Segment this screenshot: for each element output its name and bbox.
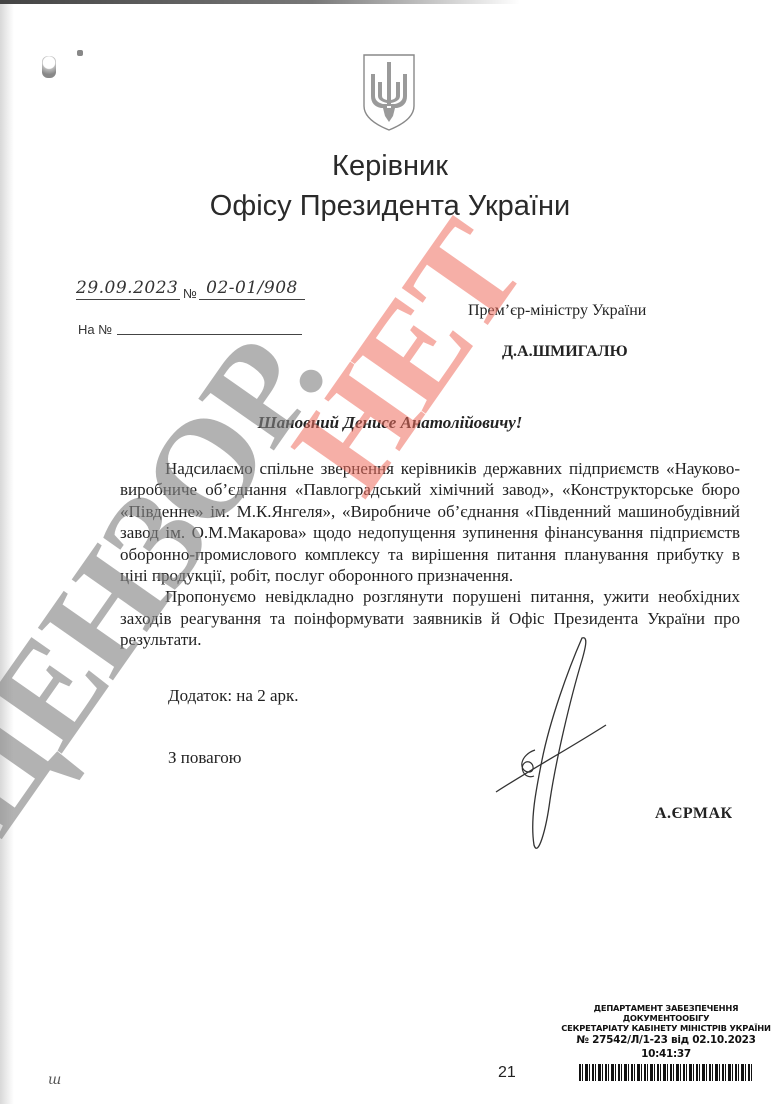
scan-speck [77,50,83,56]
page-number: 21 [498,1064,516,1082]
punch-hole-mark [42,56,56,78]
handwritten-signature [490,630,620,860]
registration-stamp: ДЕПАРТАМЕНТ ЗАБЕЗПЕЧЕННЯ ДОКУМЕНТООБІГУ … [556,1003,776,1081]
outgoing-number: 02-01/908 [199,278,305,300]
body-paragraph: Надсилаємо спільне звернення керівників … [120,458,740,586]
closing: З повагою [168,748,241,768]
number-label: № [183,286,197,301]
stamp-registration-number: № 27542/Л/1-23 від 02.10.2023 10:41:37 [556,1033,776,1061]
reply-to-label: На № [78,322,112,337]
addressee-name: Д.А.ШМИГАЛЮ [502,343,628,361]
scan-edge-top [0,0,520,4]
letter-body: Надсилаємо спільне звернення керівників … [120,458,740,651]
coat-of-arms-icon [361,52,417,132]
barcode-icon [579,1064,754,1081]
attachment-note: Додаток: на 2 арк. [168,686,299,706]
stamp-secretariat: СЕКРЕТАРІАТУ КАБІНЕТУ МІНІСТРІВ УКРАЇНИ [556,1023,776,1033]
handwritten-initial: ш [48,1072,61,1088]
outgoing-date: 29.09.2023 [76,278,180,300]
letterhead-title-line1: Керівник [0,150,780,183]
addressee-position: Прем’єр-міністру України [468,302,646,320]
stamp-department: ДЕПАРТАМЕНТ ЗАБЕЗПЕЧЕННЯ ДОКУМЕНТООБІГУ [556,1003,776,1023]
greeting: Шановний Денисе Анатолійовичу! [0,413,780,433]
reply-to-blank-line [117,334,302,335]
body-paragraph: Пропонуємо невідкладно розглянути поруше… [120,586,740,650]
letterhead-title-line2: Офісу Президента України [0,190,780,223]
signer-name: А.ЄРМАК [655,805,733,823]
